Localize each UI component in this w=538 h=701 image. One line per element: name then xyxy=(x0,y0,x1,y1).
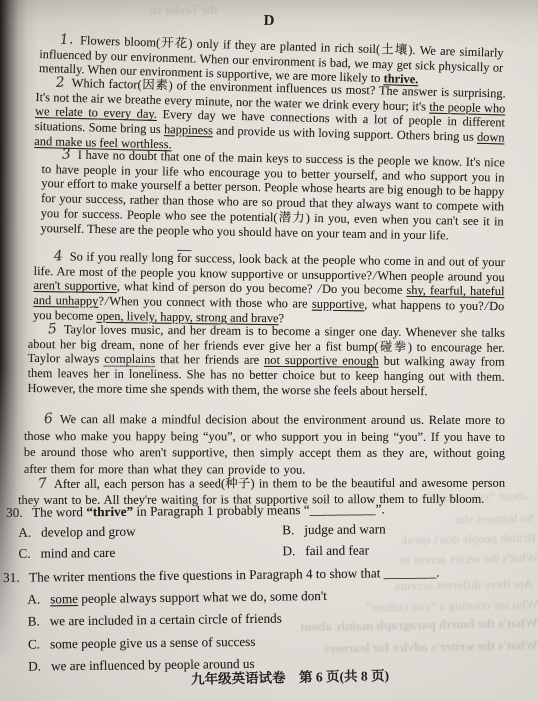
text-segment: We can all make a mindful decision about… xyxy=(24,412,505,476)
scanned-test-page: the Taylor shabout “you culture”So learn… xyxy=(0,0,538,701)
text-segment: happiness xyxy=(164,123,213,138)
option-label: D. xyxy=(282,542,295,561)
text-segment: ________ xyxy=(384,565,437,581)
option-B: B.judge and warn xyxy=(282,519,538,540)
paragraph-6: 6We can all make a mindful decision abou… xyxy=(24,411,505,478)
text-segment: aren't supportive xyxy=(33,279,117,294)
option-label: B. xyxy=(282,521,294,540)
text-segment: supportive xyxy=(312,297,364,312)
text-segment: some people give us a sense of success xyxy=(50,634,256,652)
text-segment: develop and grow xyxy=(41,524,136,540)
question-30: 30.The word “thrive” in Paragraph 1 prob… xyxy=(0,499,538,563)
text-segment: complains xyxy=(104,352,155,366)
handwritten-paragraph-number: 4 xyxy=(53,249,63,264)
text-segment: judge and warn xyxy=(304,521,385,537)
text-segment: . xyxy=(436,565,439,580)
paragraph-4: 4So if you really long for success, look… xyxy=(33,249,505,329)
text-segment: we are included in a certain circle of f… xyxy=(50,611,282,629)
text-segment: __________ xyxy=(310,501,376,517)
text-segment: fail and fear xyxy=(305,542,369,558)
text-segment: people always support what we do, some d… xyxy=(78,588,327,606)
text-segment: The writer mentions the five questions i… xyxy=(29,565,384,584)
text-segment: So if you really long xyxy=(70,250,177,265)
text-segment: ? xyxy=(98,294,104,308)
handwritten-paragraph-number: 3 xyxy=(61,147,71,162)
option-label: B. xyxy=(28,611,40,634)
section-heading: D xyxy=(0,7,538,35)
option-label: A. xyxy=(18,524,31,543)
option-C: C.mind and care xyxy=(18,542,282,563)
options: A.some people always support what we do,… xyxy=(27,582,538,678)
handwritten-paragraph-number: 5 xyxy=(47,322,57,337)
option-D: D.fail and fear xyxy=(282,539,538,560)
option-label: A. xyxy=(27,589,40,612)
text-segment: , what happens to you? xyxy=(364,298,484,314)
text-segment: “thrive” xyxy=(86,504,133,519)
option-label: C. xyxy=(28,633,40,656)
option-label: C. xyxy=(18,544,30,563)
text-segment: for xyxy=(177,251,192,265)
handwritten-paragraph-number: 2 xyxy=(55,76,65,91)
text-segment: in Paragraph 1 probably means “ xyxy=(133,502,310,519)
text-segment: that her friends are xyxy=(155,353,264,368)
text-segment: mind and care xyxy=(40,544,115,560)
text-segment: The word xyxy=(32,504,86,520)
page-footer: 九年级英语试卷 第 6 页(共 8 页) xyxy=(150,663,430,688)
text-segment: some xyxy=(50,591,78,606)
text-segment: ”. xyxy=(376,501,385,516)
option-A: A.develop and grow xyxy=(18,521,282,542)
question-number: 30. xyxy=(6,504,32,521)
text-segment: When people around you xyxy=(377,269,505,285)
handwritten-paragraph-number: 7 xyxy=(37,476,48,493)
text-segment: not supportive enough xyxy=(264,354,379,369)
handwritten-paragraph-number: 6 xyxy=(43,411,54,428)
text-segment: I have no doubt that one of the main key… xyxy=(40,148,505,242)
options: A.develop and growB.judge and warnC.mind… xyxy=(18,519,538,563)
option-label: D. xyxy=(28,656,41,679)
question-number: 31. xyxy=(3,569,29,586)
question-31: 31.The writer mentions the five question… xyxy=(0,562,538,678)
paragraph-3: 3I have no doubt that one of the main ke… xyxy=(40,147,505,244)
handwritten-paragraph-number: 1. xyxy=(59,33,73,49)
text-segment: Do you become xyxy=(322,283,407,298)
paragraph-5: 5Taylor loves music, and her dream is to… xyxy=(27,322,505,399)
